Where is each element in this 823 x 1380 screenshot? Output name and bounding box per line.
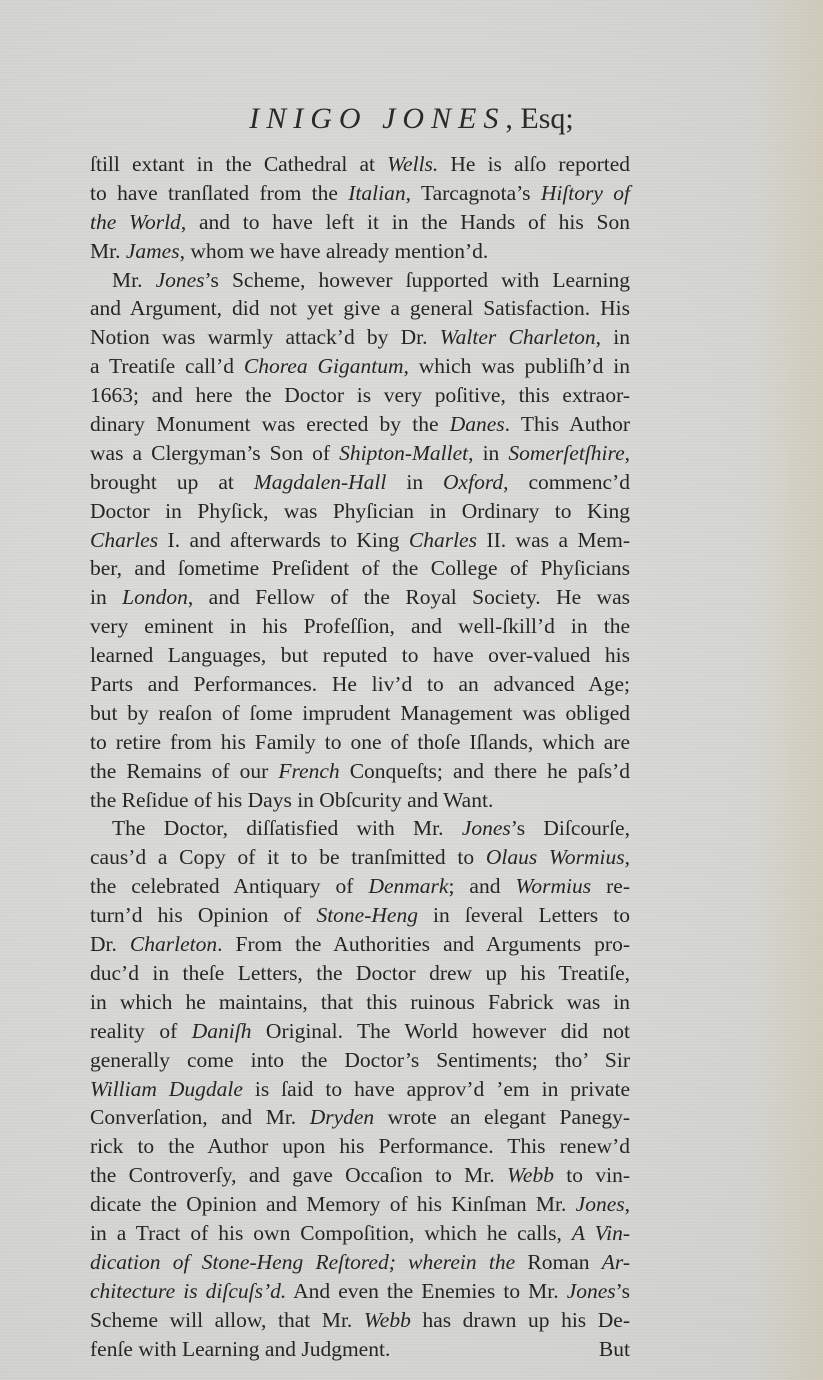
text-line: generally come into the Doctor’s Sentime… xyxy=(90,1046,630,1075)
italic-text: Jones xyxy=(567,1279,616,1303)
text-line: Doctor in Phyſick, was Phyſician in Ordi… xyxy=(90,497,630,526)
text-line: and Argument, did not yet give a general… xyxy=(90,294,630,323)
text-line: in London, and Fellow of the Royal Socie… xyxy=(90,583,630,612)
text-line: Scheme will allow, that Mr. Webb has dra… xyxy=(90,1306,630,1335)
text-line: the celebrated Antiquary of Denmark; and… xyxy=(90,872,630,901)
italic-text: Wells. xyxy=(387,152,438,176)
text-line: dinary Monument was erected by the Danes… xyxy=(90,410,630,439)
italic-text: Charles xyxy=(90,528,158,552)
italic-text: Daniſh xyxy=(192,1019,252,1043)
text-line: dicate the Opinion and Memory of his Kin… xyxy=(90,1190,630,1219)
italic-text: Wormius xyxy=(515,874,591,898)
italic-text: A Vin- xyxy=(572,1221,630,1245)
body-text: ſtill extant in the Cathedral at Wells. … xyxy=(90,150,630,1363)
text-line: The Doctor, diſſatisfied with Mr. Jones’… xyxy=(90,814,630,843)
italic-text: Hiſtory of xyxy=(541,181,630,205)
catchword: But xyxy=(599,1335,630,1364)
running-head-name: INIGO JONES xyxy=(249,102,505,135)
text-line: Parts and Performances. He liv’d to an a… xyxy=(90,670,630,699)
italic-text: Ar- xyxy=(602,1250,630,1274)
text-line: in which he maintains, that this ruinous… xyxy=(90,988,630,1017)
italic-text: Shipton-Mallet xyxy=(339,441,468,465)
italic-text: Oxford xyxy=(443,470,503,494)
italic-text: Italian xyxy=(348,181,405,205)
italic-text: William Dugdale xyxy=(90,1077,243,1101)
text-line: to have tranſlated from the Italian, Tar… xyxy=(90,179,630,208)
text-line: the World, and to have left it in the Ha… xyxy=(90,208,630,237)
text-line: chitecture is diſcuſs’d. And even the En… xyxy=(90,1277,630,1306)
italic-text: Danes xyxy=(450,412,505,436)
italic-text: chitecture is diſcuſs’d. xyxy=(90,1279,286,1303)
text-line: ber, and ſometime Preſident of the Colle… xyxy=(90,554,630,583)
text-line: the Controverſy, and gave Occaſion to Mr… xyxy=(90,1161,630,1190)
text-line: reality of Daniſh Original. The World ho… xyxy=(90,1017,630,1046)
italic-text: Jones xyxy=(576,1192,625,1216)
text-line: Dr. Charleton. From the Authorities and … xyxy=(90,930,630,959)
text-line: was a Clergyman’s Son of Shipton-Mallet,… xyxy=(90,439,630,468)
italic-text: French xyxy=(278,759,339,783)
text-line: Charles I. and afterwards to King Charle… xyxy=(90,526,630,555)
text-line: the Reſidue of his Days in Obſcurity and… xyxy=(90,786,630,815)
italic-text: Walter Charleton xyxy=(440,325,596,349)
italic-text: Stone-Heng xyxy=(316,903,418,927)
text-line: in a Tract of his own Compoſition, which… xyxy=(90,1219,630,1248)
text-line: the Remains of our French Conqueſts; and… xyxy=(90,757,630,786)
italic-text: London xyxy=(122,585,188,609)
text-line: brought up at Magdalen-Hall in Oxford, c… xyxy=(90,468,630,497)
text-line: Mr. James, whom we have already mention’… xyxy=(90,237,630,266)
italic-text: Charleton xyxy=(130,932,217,956)
text-line: duc’d in theſe Letters, the Doctor drew … xyxy=(90,959,630,988)
running-head-suffix: , Esq; xyxy=(505,102,573,135)
text-line: Converſation, and Mr. Dryden wrote an el… xyxy=(90,1103,630,1132)
italic-text: Magdalen-Hall xyxy=(254,470,387,494)
text-line: Mr. Jones’s Scheme, however ſupported wi… xyxy=(90,266,630,295)
text-line: caus’d a Copy of it to be tranſmitted to… xyxy=(90,843,630,872)
italic-text: Denmark xyxy=(368,874,448,898)
text-line: William Dugdale is ſaid to have approv’d… xyxy=(90,1075,630,1104)
italic-text: Jones xyxy=(156,268,205,292)
italic-text: James xyxy=(126,239,180,263)
text-line: to retire from his Family to one of thoſ… xyxy=(90,728,630,757)
italic-text: Charles xyxy=(409,528,477,552)
text-line: ſtill extant in the Cathedral at Wells. … xyxy=(90,150,630,179)
text-line: 1663; and here the Doctor is very poſiti… xyxy=(90,381,630,410)
text-line: but by reaſon of ſome imprudent Manageme… xyxy=(90,699,630,728)
text-line: Notion was warmly attack’d by Dr. Walter… xyxy=(90,323,630,352)
italic-text: Webb xyxy=(364,1308,411,1332)
italic-text: Jones xyxy=(462,816,511,840)
italic-text: Dryden xyxy=(310,1105,374,1129)
running-head: INIGO JONES, Esq; xyxy=(0,102,823,136)
text-line: rick to the Author upon his Performance.… xyxy=(90,1132,630,1161)
italic-text: Somerſetſhire xyxy=(508,441,624,465)
text-line: a Treatiſe call’d Chorea Gigantum, which… xyxy=(90,352,630,381)
italic-text: Olaus Wormius xyxy=(486,845,625,869)
text-line: learned Languages, but reputed to have o… xyxy=(90,641,630,670)
text-line: fenſe with Learning and Judgment.But xyxy=(90,1335,630,1364)
italic-text: Webb xyxy=(507,1163,554,1187)
text-line: dication of Stone-Heng Reſtored; wherein… xyxy=(90,1248,630,1277)
text-line: turn’d his Opinion of Stone-Heng in ſeve… xyxy=(90,901,630,930)
text-line: very eminent in his Profeſſion, and well… xyxy=(90,612,630,641)
italic-text: the World xyxy=(90,210,181,234)
italic-text: Chorea Gigantum xyxy=(244,354,404,378)
book-page: INIGO JONES, Esq; ſtill extant in the Ca… xyxy=(0,0,823,1380)
italic-text: dication of Stone-Heng Reſtored; wherein… xyxy=(90,1250,515,1274)
